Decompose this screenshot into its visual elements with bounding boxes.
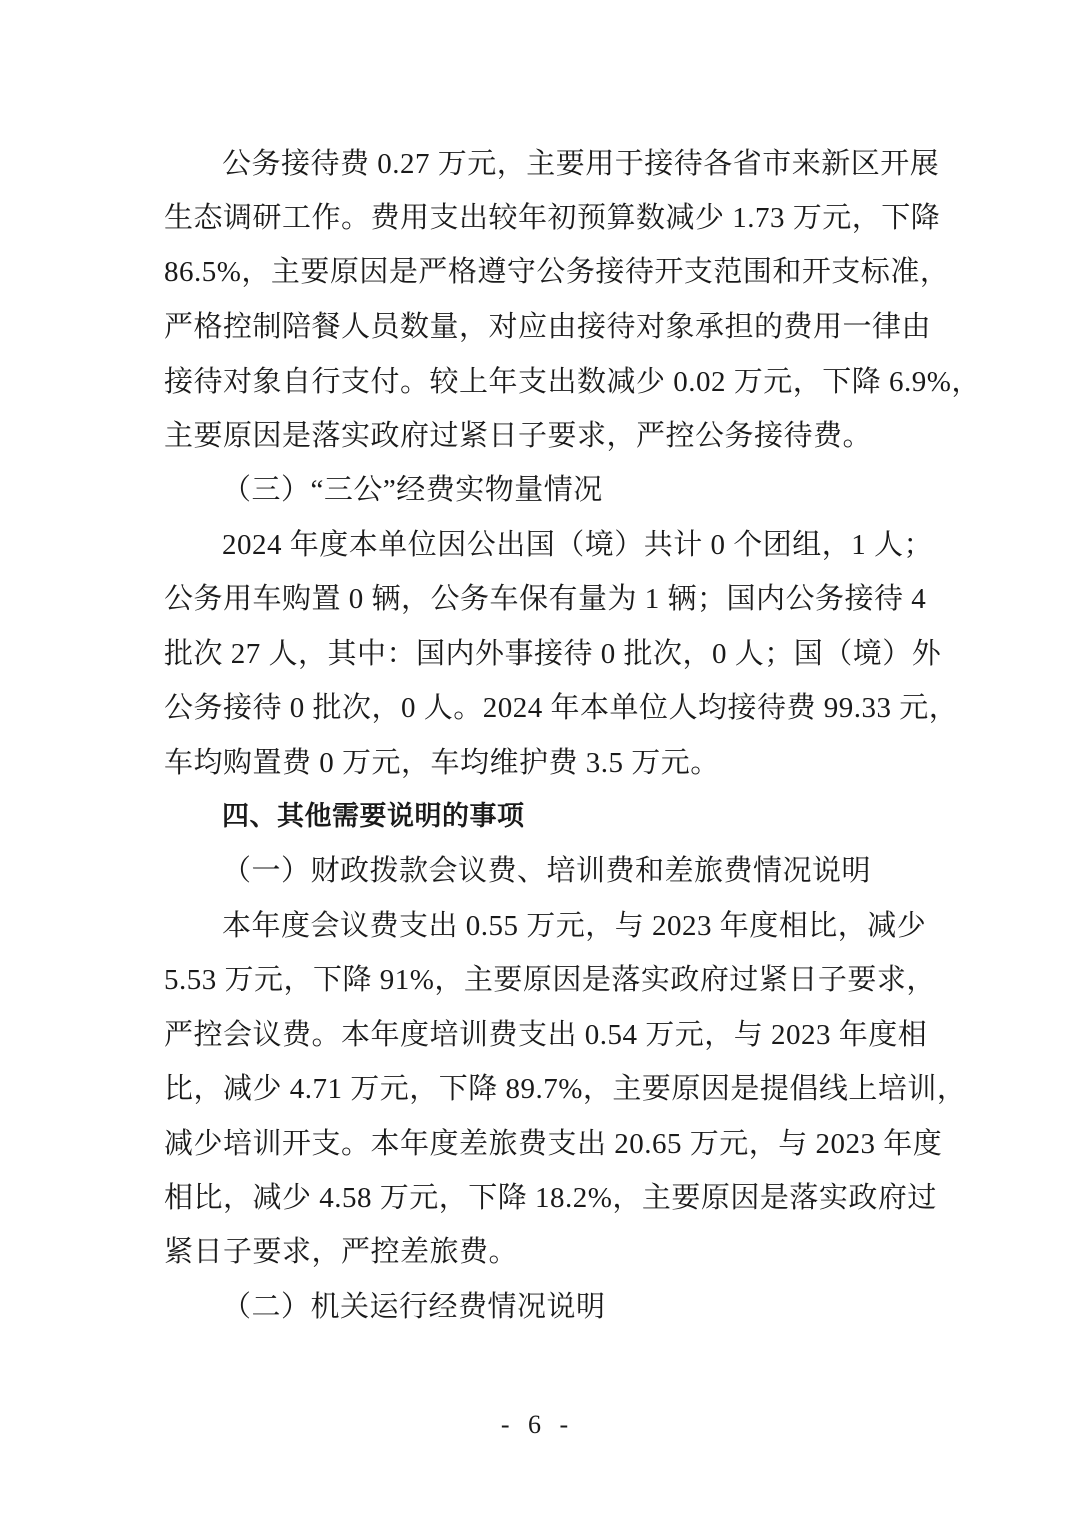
paragraph-line: 相比，减少 4.58 万元，下降 18.2%，主要原因是落实政府过 [164, 1180, 912, 1216]
document-page: 公务接待费 0.27 万元，主要用于接待各省市来新区开展 生态调研工作。费用支出… [0, 0, 1075, 1520]
paragraph-line: 5.53 万元，下降 91%，主要原因是落实政府过紧日子要求， [164, 962, 912, 998]
paragraph-line: 2024 年度本单位因公出国（境）共计 0 个团组，1 人； [222, 527, 912, 563]
paragraph-line: 严控会议费。本年度培训费支出 0.54 万元，与 2023 年度相 [164, 1017, 912, 1053]
paragraph-line: 车均购置费 0 万元，车均维护费 3.5 万元。 [164, 745, 912, 781]
paragraph-line: 主要原因是落实政府过紧日子要求，严控公务接待费。 [164, 418, 912, 454]
paragraph-line: 公务用车购置 0 辆，公务车保有量为 1 辆；国内公务接待 4 [164, 581, 912, 617]
paragraph-line: 减少培训开支。本年度差旅费支出 20.65 万元，与 2023 年度 [164, 1126, 912, 1162]
paragraph-line: 公务接待 0 批次，0 人。2024 年本单位人均接待费 99.33 元， [164, 690, 912, 726]
paragraph-line: 接待对象自行支付。较上年支出数减少 0.02 万元，下降 6.9%， [164, 364, 912, 400]
paragraph-line: 本年度会议费支出 0.55 万元，与 2023 年度相比，减少 [222, 908, 912, 944]
section-heading-other-matters: 四、其他需要说明的事项 [222, 799, 912, 835]
paragraph-line: 比，减少 4.71 万元，下降 89.7%，主要原因是提倡线上培训， [164, 1071, 912, 1107]
subheading-meeting-training-travel: （一）财政拨款会议费、培训费和差旅费情况说明 [222, 853, 912, 889]
paragraph-line: 公务接待费 0.27 万元，主要用于接待各省市来新区开展 [222, 146, 912, 182]
paragraph-line: 86.5%，主要原因是严格遵守公务接待开支范围和开支标准， [164, 254, 912, 290]
paragraph-line: 紧日子要求，严控差旅费。 [164, 1234, 912, 1270]
paragraph-line: 严格控制陪餐人员数量，对应由接待对象承担的费用一律由 [164, 309, 912, 345]
page-number: - 6 - [0, 1410, 1075, 1440]
subheading-operating-expenses: （二）机关运行经费情况说明 [222, 1289, 912, 1325]
paragraph-line: 批次 27 人，其中：国内外事接待 0 批次，0 人；国（境）外 [164, 636, 912, 672]
subheading-san-gong-physical-quantity: （三）“三公”经费实物量情况 [222, 472, 912, 508]
paragraph-line: 生态调研工作。费用支出较年初预算数减少 1.73 万元，下降 [164, 200, 912, 236]
